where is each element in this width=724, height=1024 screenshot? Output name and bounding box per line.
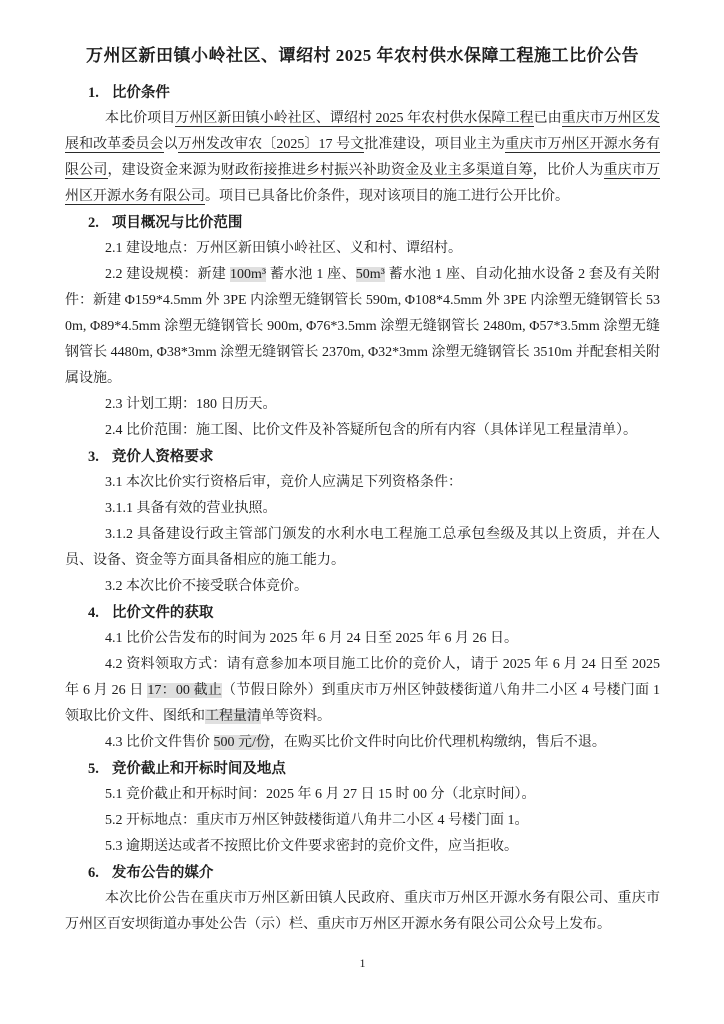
section-heading: 6.发布公告的媒介 (88, 860, 660, 886)
text-run: 3.2 本次比价不接受联合体竞价。 (105, 579, 308, 594)
document-title: 万州区新田镇小岭社区、谭绍村 2025 年农村供水保障工程施工比价公告 (65, 42, 660, 70)
section-number: 3. (88, 444, 99, 470)
section-heading: 1.比价条件 (88, 80, 660, 106)
text-run: 以 (164, 137, 178, 152)
text-run: 3.1.2 具备建设行政主管部门颁发的水利水电工程施工总承包叁级及其以上资质，并… (65, 527, 660, 568)
paragraph: 本次比价公告在重庆市万州区新田镇人民政府、重庆市万州区开源水务有限公司、重庆市万… (65, 886, 660, 938)
text-run: 蓄水池 1 座、自动化抽水设备 2 套及有关附件：新建 Φ159*4.5mm 外… (65, 267, 660, 386)
paragraph: 2.2 建设规模：新建 100m³ 蓄水池 1 座、50m³ 蓄水池 1 座、自… (65, 262, 660, 392)
text-run: 已由 (534, 111, 562, 126)
paragraph: 5.1 竞价截止和开标时间：2025 年 6 月 27 日 15 时 00 分（… (65, 782, 660, 808)
text-run: 批准建设，项目业主为 (364, 137, 505, 152)
section-number: 2. (88, 210, 99, 236)
text-run: 3.1 本次比价实行资格后审，竞价人应满足下列资格条件： (105, 475, 462, 490)
text-run: 2.4 比价范围：施工图、比价文件及补答疑所包含的所有内容（具体详见工程量清单）… (105, 423, 637, 438)
paragraph: 3.1.2 具备建设行政主管部门颁发的水利水电工程施工总承包叁级及其以上资质，并… (65, 522, 660, 574)
text-run: 2.2 建设规模：新建 (105, 267, 230, 282)
section-number: 4. (88, 600, 99, 626)
section-number: 6. (88, 860, 99, 886)
text-run: ，在购买比价文件时向比价代理机构缴纳，售后不退。 (270, 735, 606, 750)
section-heading: 5.竞价截止和开标时间及地点 (88, 756, 660, 782)
text-run: 蓄水池 1 座、 (266, 267, 356, 282)
highlighted-text: 100m³ (230, 267, 266, 282)
section-4: 4.比价文件的获取4.1 比价公告发布的时间为 2025 年 6 月 24 日至… (65, 600, 660, 756)
section-heading-label: 竞价截止和开标时间及地点 (112, 761, 286, 777)
text-run: 2.3 计划工期：180 日历天。 (105, 397, 277, 412)
paragraph: 2.1 建设地点：万州区新田镇小岭社区、义和村、谭绍村。 (65, 236, 660, 262)
document-body: 1.比价条件本比价项目万州区新田镇小岭社区、谭绍村 2025 年农村供水保障工程… (65, 80, 660, 938)
text-run: 单等资料。 (261, 709, 331, 724)
paragraph: 3.1.1 具备有效的营业执照。 (65, 496, 660, 522)
section-heading-label: 项目概况与比价范围 (112, 215, 243, 231)
section-heading: 3.竞价人资格要求 (88, 444, 660, 470)
underlined-text: 万州区新田镇小岭社区、谭绍村 2025 年农村供水保障工程 (175, 111, 533, 127)
text-run: 2.1 建设地点：万州区新田镇小岭社区、义和村、谭绍村。 (105, 241, 462, 256)
paragraph: 3.2 本次比价不接受联合体竞价。 (65, 574, 660, 600)
highlighted-text: 工程量清 (205, 709, 261, 724)
text-run: 4.1 比价公告发布的时间为 2025 年 6 月 24 日至 2025 年 6… (105, 631, 518, 646)
highlighted-text: 500 元/份 (214, 735, 270, 750)
underlined-text: 万州发改审农〔2025〕17 号文 (178, 137, 365, 153)
section-heading-label: 比价条件 (112, 85, 170, 101)
paragraph: 2.3 计划工期：180 日历天。 (65, 392, 660, 418)
page-number: 1 (65, 954, 660, 972)
section-number: 5. (88, 756, 99, 782)
section-5: 5.竞价截止和开标时间及地点5.1 竞价截止和开标时间：2025 年 6 月 2… (65, 756, 660, 860)
section-number: 1. (88, 80, 99, 106)
paragraph: 2.4 比价范围：施工图、比价文件及补答疑所包含的所有内容（具体详见工程量清单）… (65, 418, 660, 444)
section-3: 3.竞价人资格要求3.1 本次比价实行资格后审，竞价人应满足下列资格条件：3.1… (65, 444, 660, 600)
section-2: 2.项目概况与比价范围2.1 建设地点：万州区新田镇小岭社区、义和村、谭绍村。2… (65, 210, 660, 444)
highlighted-text: 50m³ (356, 267, 385, 282)
text-run: 。项目已具备比价条件，现对该项目的施工进行公开比价。 (205, 189, 569, 204)
paragraph: 4.2 资料领取方式：请有意参加本项目施工比价的竞价人，请于 2025 年 6 … (65, 652, 660, 730)
highlighted-text: 17：00 截止 (147, 683, 222, 698)
text-run: 3.1.1 具备有效的营业执照。 (105, 501, 277, 516)
section-heading-label: 竞价人资格要求 (112, 449, 214, 465)
text-run: 4.3 比价文件售价 (105, 735, 214, 750)
paragraph: 5.2 开标地点：重庆市万州区钟鼓楼街道八角井二小区 4 号楼门面 1。 (65, 808, 660, 834)
document-page: 万州区新田镇小岭社区、谭绍村 2025 年农村供水保障工程施工比价公告 1.比价… (0, 0, 724, 1024)
text-run: 本次比价公告在重庆市万州区新田镇人民政府、重庆市万州区开源水务有限公司、重庆市万… (65, 891, 660, 932)
text-run: 5.2 开标地点：重庆市万州区钟鼓楼街道八角井二小区 4 号楼门面 1。 (105, 813, 529, 828)
section-heading: 2.项目概况与比价范围 (88, 210, 660, 236)
section-heading: 4.比价文件的获取 (88, 600, 660, 626)
section-heading-label: 比价文件的获取 (112, 605, 214, 621)
paragraph: 4.1 比价公告发布的时间为 2025 年 6 月 24 日至 2025 年 6… (65, 626, 660, 652)
paragraph: 3.1 本次比价实行资格后审，竞价人应满足下列资格条件： (65, 470, 660, 496)
text-run: 5.1 竞价截止和开标时间：2025 年 6 月 27 日 15 时 00 分（… (105, 787, 536, 802)
paragraph: 4.3 比价文件售价 500 元/份，在购买比价文件时向比价代理机构缴纳，售后不… (65, 730, 660, 756)
text-run: ，建设资金来源为 (108, 163, 221, 178)
section-heading-label: 发布公告的媒介 (112, 865, 214, 881)
text-run: 5.3 逾期送达或者不按照比价文件要求密封的竞价文件，应当拒收。 (105, 839, 518, 854)
underlined-text: 财政衔接推进乡村振兴补助资金及业主多渠道自筹 (221, 163, 533, 179)
text-run: ，比价人为 (533, 163, 604, 178)
section-6: 6.发布公告的媒介本次比价公告在重庆市万州区新田镇人民政府、重庆市万州区开源水务… (65, 860, 660, 938)
paragraph: 本比价项目万州区新田镇小岭社区、谭绍村 2025 年农村供水保障工程已由重庆市万… (65, 106, 660, 210)
text-run: 本比价项目 (105, 111, 175, 126)
paragraph: 5.3 逾期送达或者不按照比价文件要求密封的竞价文件，应当拒收。 (65, 834, 660, 860)
section-1: 1.比价条件本比价项目万州区新田镇小岭社区、谭绍村 2025 年农村供水保障工程… (65, 80, 660, 210)
